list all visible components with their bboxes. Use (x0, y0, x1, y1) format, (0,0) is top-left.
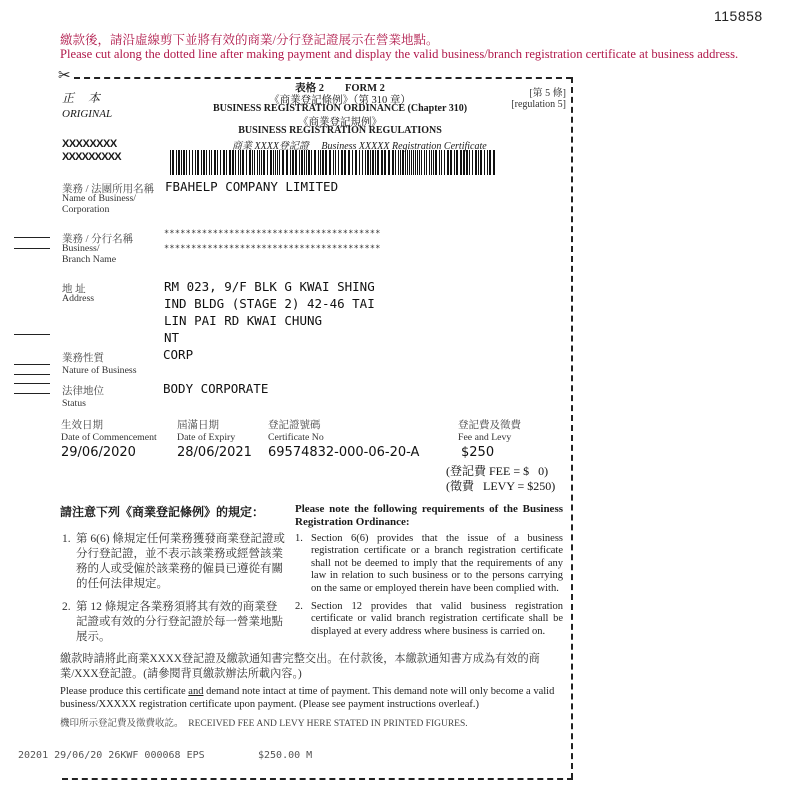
margin-mark (14, 383, 50, 384)
payment-stamp-amount: $250.00 M (258, 750, 312, 761)
fee-label-en: Fee and Levy (458, 432, 511, 443)
margin-mark (14, 334, 50, 335)
levy-breakdown: (徵費 LEVY = $250) (446, 477, 555, 494)
margin-mark (14, 364, 50, 365)
expiry-date: 28/06/2021 (177, 445, 252, 460)
branch-label-en-2: Branch Name (62, 254, 116, 265)
note-zh-1: 1. 第 6(6) 條規定任何業務獲發商業登記證或分行登記證，並不表示該業務或經… (62, 532, 288, 592)
status-label-en: Status (62, 398, 86, 409)
fee-label-zh: 登記費及徵費 (458, 417, 521, 432)
note-number: 1. (62, 532, 71, 547)
received-statement: 機印所示登記費及徵費收訖。 RECEIVED FEE AND LEVY HERE… (60, 715, 468, 729)
note-en-2: 2. Section 12 provides that valid busine… (295, 601, 563, 638)
payment-notice-en: Please produce this certificate and dema… (60, 686, 570, 711)
masked-code: XXXXXXXX (62, 138, 117, 150)
payment-notice-text: Please produce this certificate (60, 686, 188, 697)
copy-type-zh: 正本 (62, 89, 114, 106)
nature-label-en: Nature of Business (62, 365, 137, 376)
fee-total: $250 (461, 445, 494, 460)
commencement-label-en: Date of Commencement (61, 432, 157, 443)
notes-heading-zh: 請注意下列《商業登記條例》的規定： (60, 503, 264, 520)
nature-label-zh: 業務性質 (62, 350, 104, 365)
business-name-value: FBAHELP COMPANY LIMITED (165, 179, 338, 194)
branch-name-value-2: **************************************** (164, 244, 381, 254)
commencement-label-zh: 生效日期 (61, 417, 103, 432)
branch-label-en: Business/ (62, 243, 100, 254)
copy-type-en: ORIGINAL (62, 108, 112, 120)
note-number: 1. (295, 533, 303, 545)
regulation-ref-en: [regulation 5] (506, 99, 566, 110)
certificate-number: 69574832-000-06-20-A (268, 445, 419, 460)
status-label-zh: 法律地位 (62, 383, 104, 398)
margin-mark (14, 393, 50, 394)
address-line: RM 023, 9/F BLK G KWAI SHING (164, 279, 375, 294)
masked-code: XXXXXXXXX (62, 151, 121, 163)
note-number: 2. (62, 600, 71, 615)
branch-name-value: **************************************** (164, 229, 381, 239)
regulations-title-en: BUSINESS REGISTRATION REGULATIONS (190, 125, 490, 136)
cut-instruction-en: Please cut along the dotted line after m… (60, 47, 738, 62)
scissors-icon: ✂ (58, 66, 71, 85)
note-text: 第 12 條規定各業務須將其有效的商業登記證或有效的分行登記證於每一營業地點展示… (76, 600, 288, 645)
address-line: LIN PAI RD KWAI CHUNG (164, 313, 322, 328)
certificate-no-label-zh: 登記證號碼 (268, 417, 321, 432)
nature-value: CORP (163, 347, 193, 362)
regulation-ref-zh: [第 5 條] (506, 84, 566, 99)
serial-number: 115858 (714, 8, 763, 24)
notes-heading-en: Please note the following requirements o… (295, 503, 563, 529)
expiry-label-zh: 屆滿日期 (177, 417, 219, 432)
note-en-1: 1. Section 6(6) provides that the issue … (295, 533, 563, 595)
cut-line-right (571, 77, 573, 779)
address-line: IND BLDG (STAGE 2) 42-46 TAI (164, 296, 375, 311)
margin-mark (14, 248, 50, 249)
certificate-no-label-en: Certificate No (268, 432, 324, 443)
margin-mark (14, 237, 50, 238)
name-label-en-2: Corporation (62, 204, 109, 215)
payment-notice-emphasis: and (188, 686, 203, 697)
ordinance-title-en: BUSINESS REGISTRATION ORDINANCE (Chapter… (190, 103, 490, 114)
address-line: NT (164, 330, 179, 345)
cut-line-bottom (62, 778, 573, 780)
status-value: BODY CORPORATE (163, 381, 268, 396)
note-text: Section 6(6) provides that the issue of … (311, 533, 563, 595)
cut-line-top (74, 77, 572, 79)
payment-notice-zh: 繳款時請將此商業XXXX登記證及繳款通知書完整交出。在付款後，本繳款通知書方成為… (60, 652, 565, 682)
commencement-date: 29/06/2020 (61, 445, 136, 460)
note-text: 第 6(6) 條規定任何業務獲發商業登記證或分行登記證，並不表示該業務或經營該業… (76, 532, 288, 592)
note-zh-2: 2. 第 12 條規定各業務須將其有效的商業登記證或有效的分行登記證於每一營業地… (62, 600, 288, 645)
address-label-en: Address (62, 293, 94, 304)
payment-stamp: 20201 29/06/20 26KWF 000068 EPS (18, 750, 205, 761)
note-number: 2. (295, 601, 303, 613)
note-text: Section 12 provides that valid business … (311, 601, 563, 638)
expiry-label-en: Date of Expiry (177, 432, 235, 443)
barcode (170, 150, 500, 175)
margin-mark (14, 374, 50, 375)
name-label-en: Name of Business/ (62, 193, 136, 204)
cut-instruction-zh: 繳款後，請沿虛線剪下並將有效的商業/分行登記證展示在營業地點。 (60, 30, 438, 48)
